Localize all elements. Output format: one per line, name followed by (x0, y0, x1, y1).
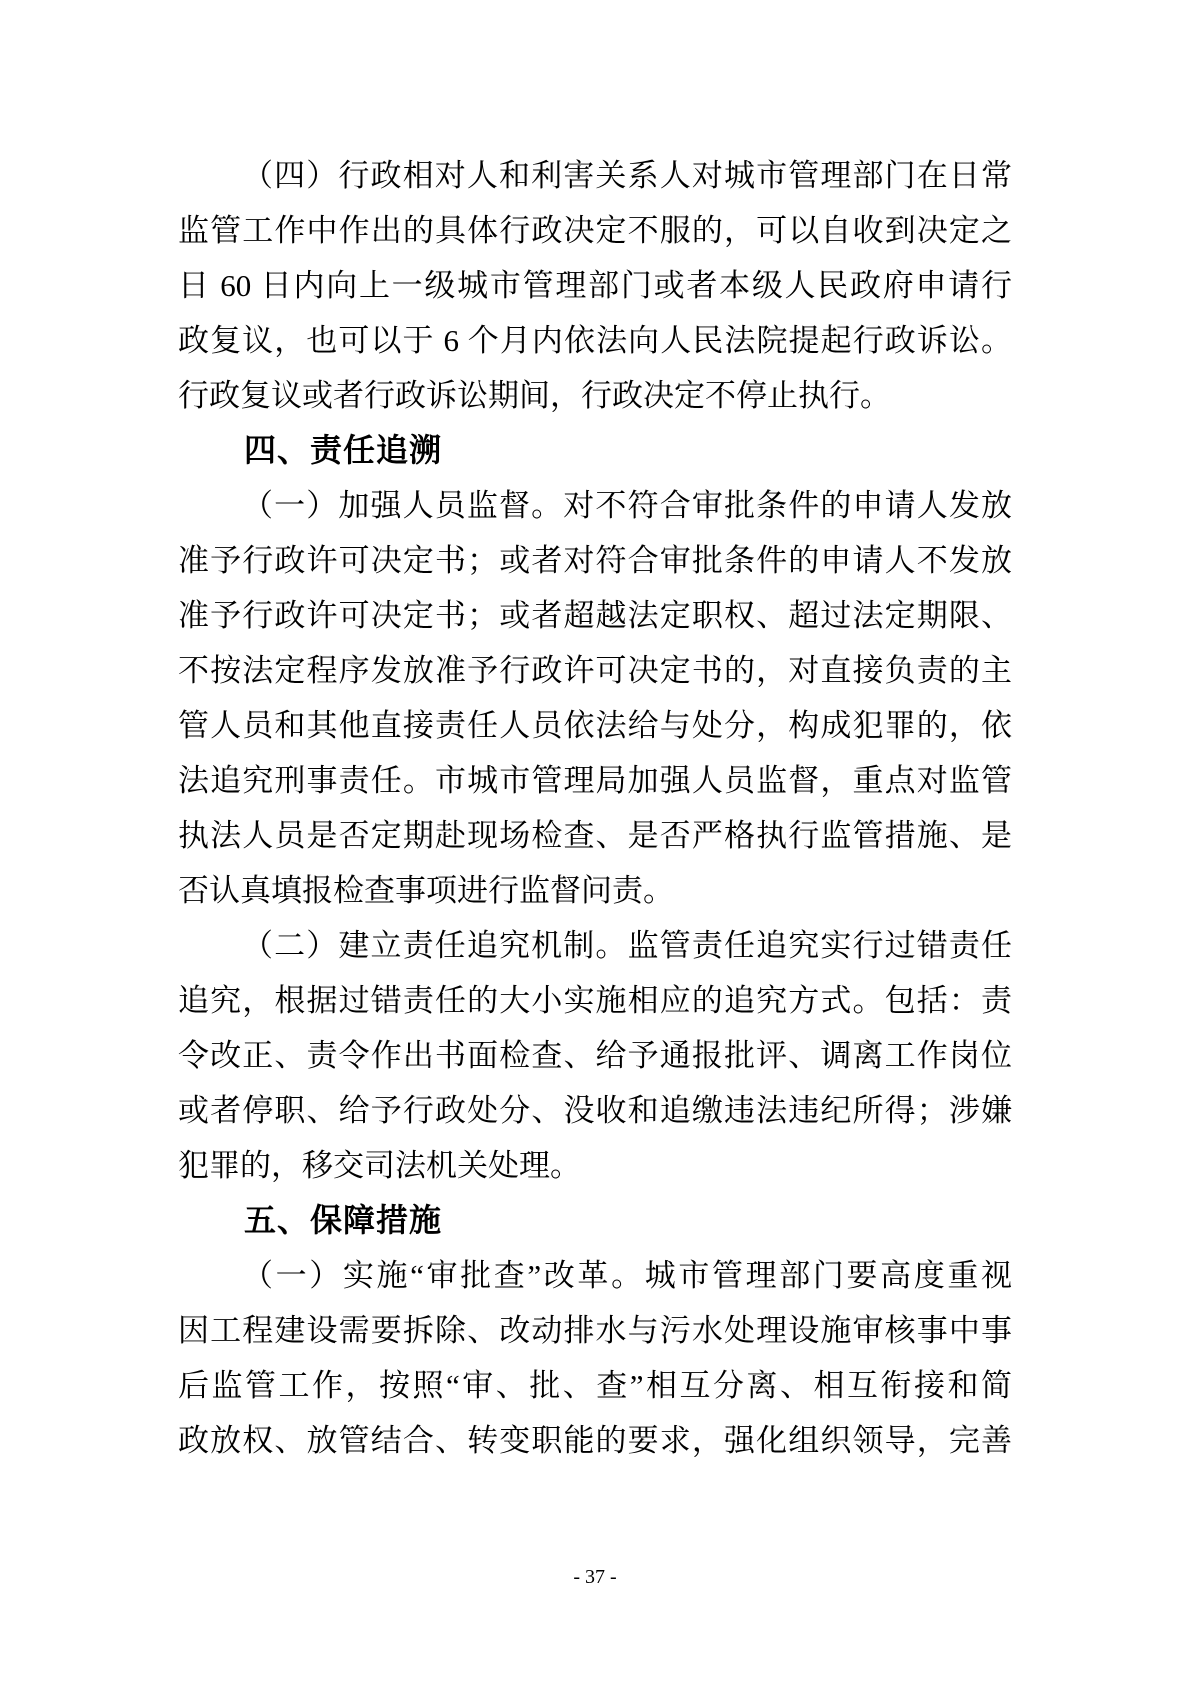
text-line: 准予行政许可决定书；或者超越法定职权、超过法定期限、 (178, 588, 1012, 643)
text-line: 否认真填报检查事项进行监督问责。 (178, 863, 1012, 918)
section-heading-safeguard-measures: 五、保障措施 (178, 1193, 1012, 1248)
page-number: - 37 - (0, 1564, 1190, 1590)
document-page: （四）行政相对人和利害关系人对城市管理部门在日常 监管工作中作出的具体行政决定不… (0, 0, 1190, 1683)
text-line: （二）建立责任追究机制。监管责任追究实行过错责任 (178, 918, 1012, 973)
text-line: 执法人员是否定期赴现场检查、是否严格执行监管措施、是 (178, 808, 1012, 863)
text-line: 准予行政许可决定书；或者对符合审批条件的申请人不发放 (178, 533, 1012, 588)
text-line: （一）加强人员监督。对不符合审批条件的申请人发放 (178, 478, 1012, 533)
text-line: （四）行政相对人和利害关系人对城市管理部门在日常 (178, 148, 1012, 203)
text-line: 令改正、责令作出书面检查、给予通报批评、调离工作岗位 (178, 1028, 1012, 1083)
text-line: 追究，根据过错责任的大小实施相应的追究方式。包括：责 (178, 973, 1012, 1028)
document-body: （四）行政相对人和利害关系人对城市管理部门在日常 监管工作中作出的具体行政决定不… (178, 148, 1012, 1468)
text-line: 因工程建设需要拆除、改动排水与污水处理设施审核事中事 (178, 1303, 1012, 1358)
text-line: 管人员和其他直接责任人员依法给与处分，构成犯罪的，依 (178, 698, 1012, 753)
section-heading-responsibility-tracing: 四、责任追溯 (178, 423, 1012, 478)
text-line: 犯罪的，移交司法机关处理。 (178, 1138, 1012, 1193)
text-line: 法追究刑事责任。市城市管理局加强人员监督，重点对监管 (178, 753, 1012, 808)
text-line: 不按法定程序发放准予行政许可决定书的，对直接负责的主 (178, 643, 1012, 698)
text-line: （一）实施“审批查”改革。城市管理部门要高度重视 (178, 1248, 1012, 1303)
text-line: 后监管工作，按照“审、批、查”相互分离、相互衔接和简 (178, 1358, 1012, 1413)
text-line: 政复议，也可以于 6 个月内依法向人民法院提起行政诉讼。 (178, 313, 1012, 368)
text-line: 政放权、放管结合、转变职能的要求，强化组织领导，完善 (178, 1413, 1012, 1468)
text-line: 监管工作中作出的具体行政决定不服的，可以自收到决定之 (178, 203, 1012, 258)
text-line: 行政复议或者行政诉讼期间，行政决定不停止执行。 (178, 368, 1012, 423)
text-line: 或者停职、给予行政处分、没收和追缴违法违纪所得；涉嫌 (178, 1083, 1012, 1138)
text-line: 日 60 日内向上一级城市管理部门或者本级人民政府申请行 (178, 258, 1012, 313)
